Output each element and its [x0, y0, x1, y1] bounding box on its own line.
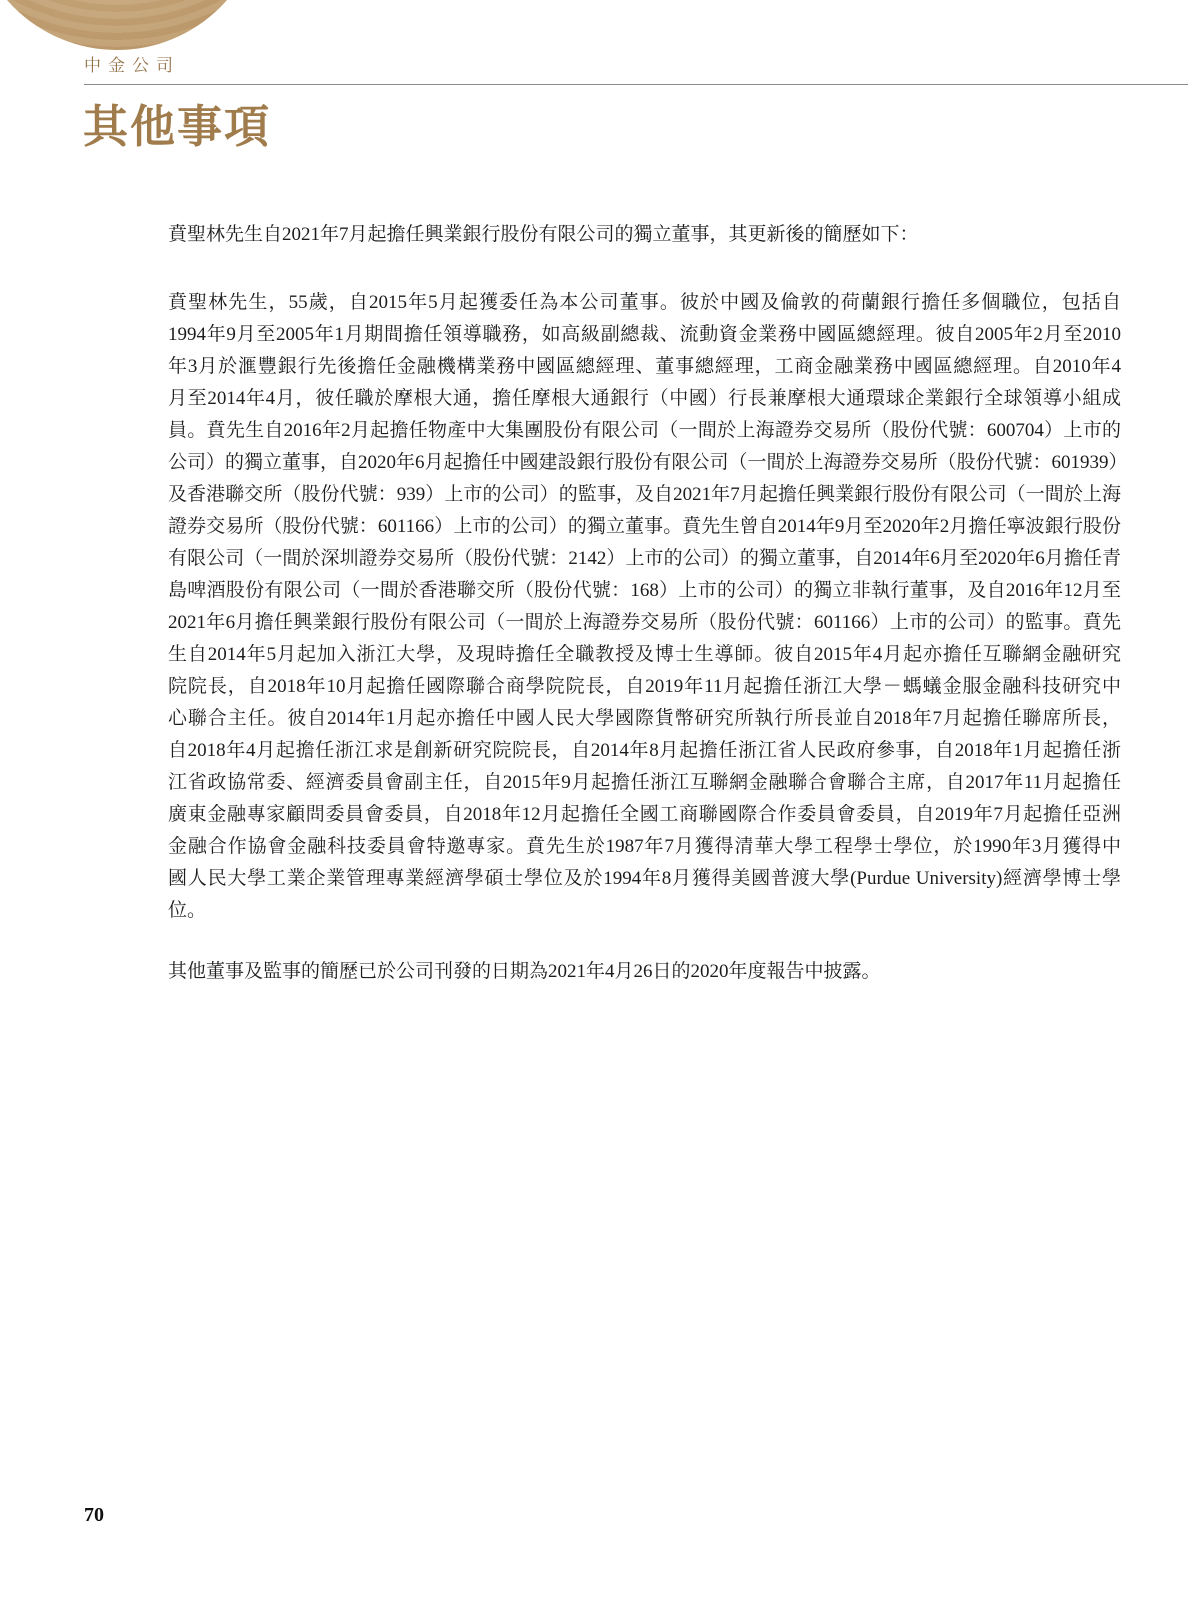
bio-line: 有限公司（一間於深圳證券交易所（股份代號：2142）上市的公司）的獨立董事，自2… [168, 543, 1121, 575]
bio-line: 金融合作協會金融科技委員會特邀專家。賁先生於1987年7月獲得清華大學工程學士學… [168, 831, 1121, 863]
bio-line: 國人民大學工業企業管理專業經濟學碩士學位及於1994年8月獲得美國普渡大學(Pu… [168, 863, 1121, 895]
page-title: 其他事項 [83, 101, 271, 153]
bio-line: 月至2014年4月，彼任職於摩根大通，擔任摩根大通銀行（中國）行長兼摩根大通環球… [168, 383, 1121, 415]
bio-line: 生自2014年5月起加入浙江大學，及現時擔任全職教授及博士生導師。彼自2015年… [168, 639, 1121, 671]
bio-line: 賁聖林先生，55歲，自2015年5月起獲委任為本公司董事。彼於中國及倫敦的荷蘭銀… [168, 287, 1121, 319]
brand-name: 中金公司 [84, 56, 180, 76]
bio-line: 證券交易所（股份代號：601166）上市的公司）的獨立董事。賁先生曾自2014年… [168, 511, 1121, 543]
bio-line: 廣東金融專家顧問委員會委員，自2018年12月起擔任全國工商聯國際合作委員會委員… [168, 799, 1121, 831]
bio-line: 公司）的獨立董事，自2020年6月起擔任中國建設銀行股份有限公司（一間於上海證券… [168, 447, 1121, 479]
bio-paragraph: 賁聖林先生，55歲，自2015年5月起獲委任為本公司董事。彼於中國及倫敦的荷蘭銀… [168, 287, 1121, 927]
header-divider [84, 84, 1188, 85]
cicc-logo [0, 0, 263, 50]
document-page: 中金公司 其他事項 賁聖林先生自2021年7月起擔任興業銀行股份有限公司的獨立董… [0, 0, 1190, 1615]
bio-line: 江省政協常委、經濟委員會副主任，自2015年9月起擔任浙江互聯網金融聯合會聯合主… [168, 767, 1121, 799]
bio-line: 年3月於滙豐銀行先後擔任金融機構業務中國區總經理、董事總經理，工商金融業務中國區… [168, 351, 1121, 383]
bio-line: 及香港聯交所（股份代號：939）上市的公司）的監事，及自2021年7月起擔任興業… [168, 479, 1121, 511]
bio-line: 1994年9月至2005年1月期間擔任領導職務，如高級副總裁、流動資金業務中國區… [168, 319, 1121, 351]
bio-line: 自2018年4月起擔任浙江求是創新研究院院長，自2014年8月起擔任浙江省人民政… [168, 735, 1121, 767]
closing-paragraph: 其他董事及監事的簡歷已於公司刊發的日期為2021年4月26日的2020年度報告中… [168, 956, 1121, 988]
bio-line: 心聯合主任。彼自2014年1月起亦擔任中國人民大學國際貨幣研究所執行所長並自20… [168, 703, 1121, 735]
bio-line: 2021年6月擔任興業銀行股份有限公司（一間於上海證券交易所（股份代號：6011… [168, 607, 1121, 639]
bio-line: 島啤酒股份有限公司（一間於香港聯交所（股份代號：168）上市的公司）的獨立非執行… [168, 575, 1121, 607]
body-content: 賁聖林先生自2021年7月起擔任興業銀行股份有限公司的獨立董事，其更新後的簡歷如… [168, 219, 1121, 988]
bio-line: 員。賁先生自2016年2月起擔任物產中大集團股份有限公司（一間於上海證券交易所（… [168, 415, 1121, 447]
bio-line: 位。 [168, 895, 1121, 927]
intro-paragraph: 賁聖林先生自2021年7月起擔任興業銀行股份有限公司的獨立董事，其更新後的簡歷如… [168, 219, 1121, 251]
bio-line: 院院長，自2018年10月起擔任國際聯合商學院院長，自2019年11月起擔任浙江… [168, 671, 1121, 703]
page-number: 70 [84, 1503, 104, 1527]
